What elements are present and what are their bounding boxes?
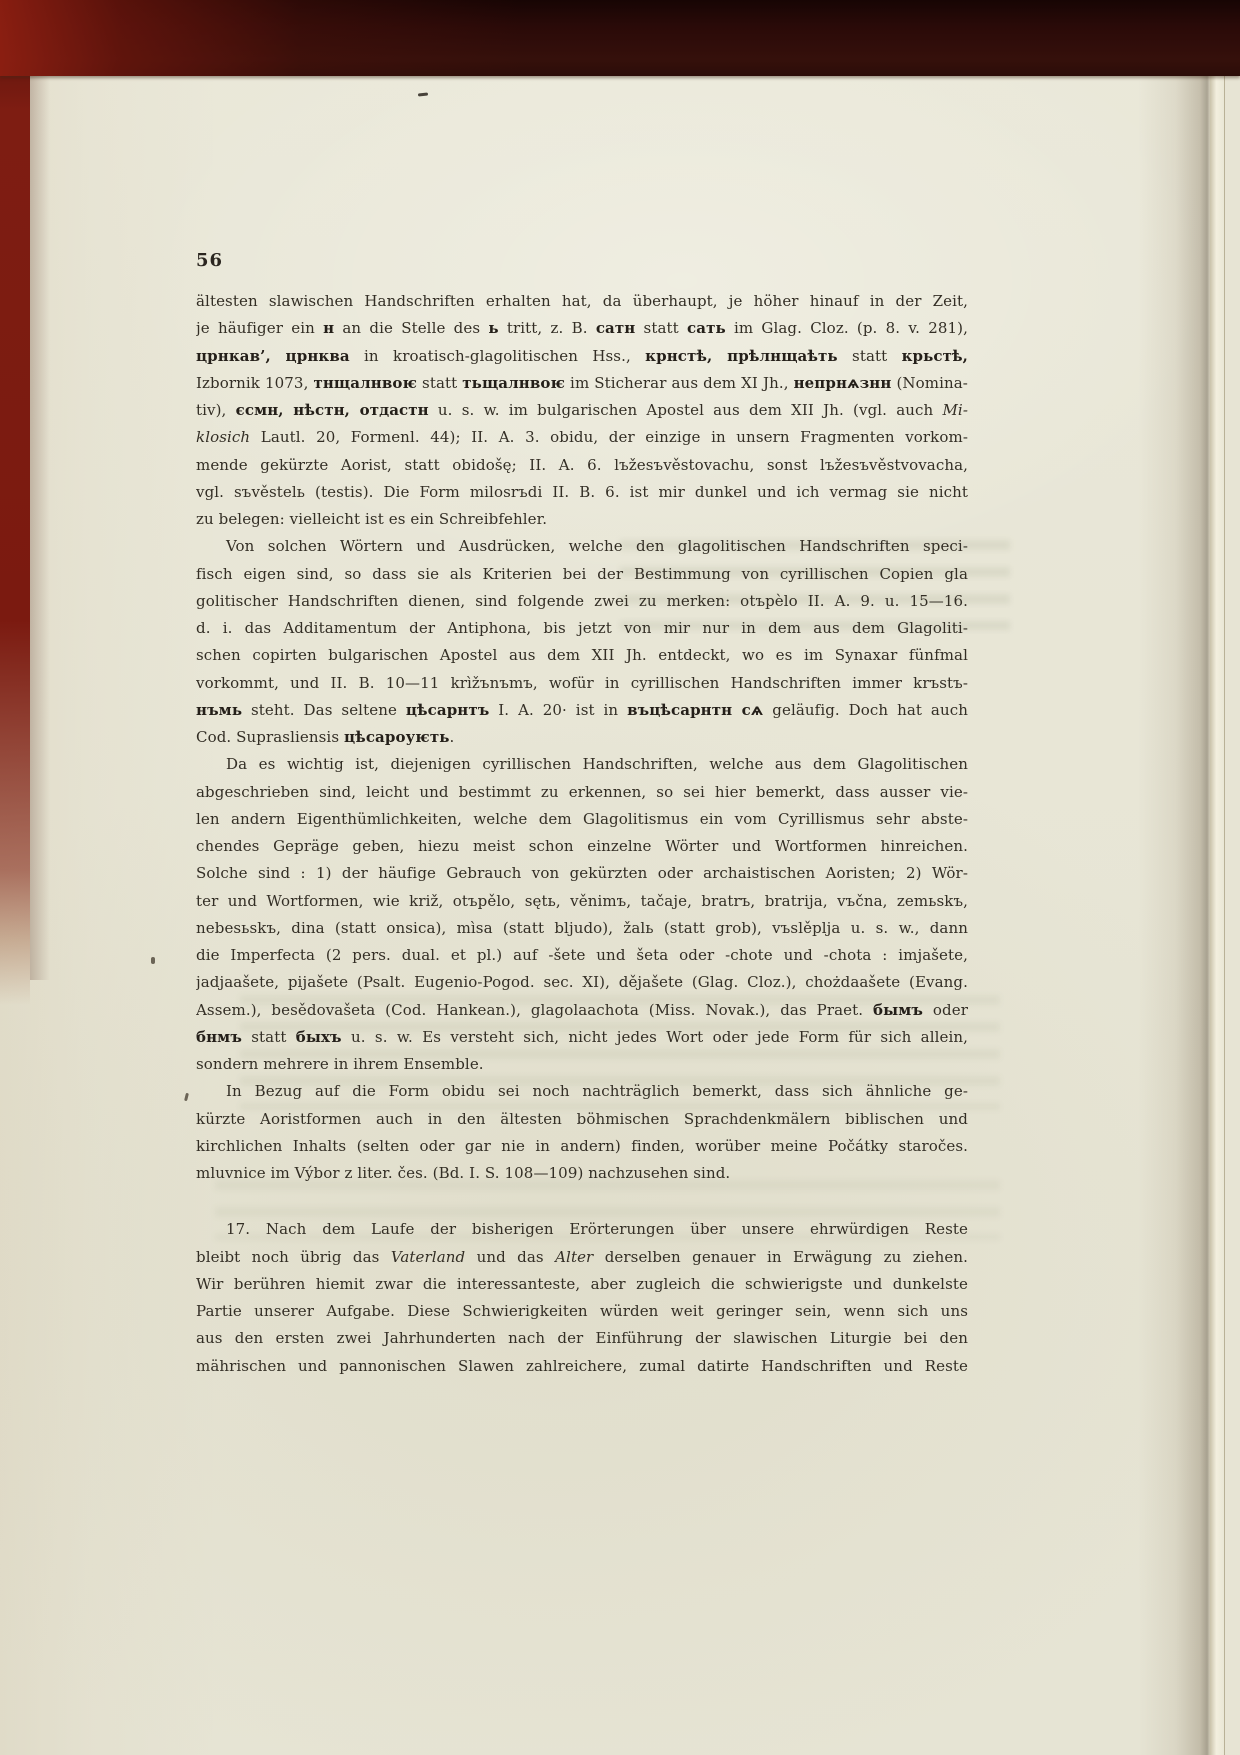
text-line: abgeschrieben sind, leicht und bestimmt … [196,779,968,806]
text-line: sondern mehrere in ihrem Ensemble. [196,1051,968,1078]
page-edge-gap [1210,70,1224,1755]
text-line: nebesьskъ, dina (statt onsica), mìsa (st… [196,915,968,942]
text-line: mende gekürzte Aorist, statt obidošę; II… [196,452,968,479]
text-line: chendes Gepräge geben, hiezu meist schon… [196,833,968,860]
text-line: schen copirten bulgarischen Apostel aus … [196,642,968,669]
text-line: kirchlichen Inhalts (selten oder gar nie… [196,1133,968,1160]
text-line: golitischer Handschriften dienen, sind f… [196,588,968,615]
scanned-book-page: 56 ältesten slawischen Handschriften erh… [0,0,1240,1755]
paragraph: In Bezug auf die Form obidu sei noch nac… [196,1078,968,1187]
binding-edge-left [0,0,30,1010]
text-line: Da es wichtig ist, diejenigen cyrillisch… [196,751,968,778]
text-line: fisch eigen sind, so dass sie als Kriter… [196,561,968,588]
ink-speck [418,92,428,96]
paragraph: 17. Nach dem Laufe der bisherigen Erörte… [196,1216,968,1380]
text-line: Cod. Suprasliensis цѣсароуѥть. [196,724,968,751]
page-fore-edge-shadow [1138,70,1210,1755]
ink-speck [184,1093,189,1101]
text-line: vgl. sъvěstelь (testis). Die Form milosr… [196,479,968,506]
text-line: vorkommt, und II. B. 10—11 krìžъnъmъ, wo… [196,670,968,697]
text-line: Izbornik 1073, тнщалнвоѥ statt тьщалнвоѥ… [196,370,968,397]
text-line: tiv), єсмн, нѣстн, отдастн u. s. w. im b… [196,397,968,424]
text-line: ter und Wortformen, wie križ, otъpělo, s… [196,888,968,915]
text-line: mährischen und pannonischen Slawen zahlr… [196,1353,968,1380]
text-line: zu belegen: vielleicht ist es ein Schrei… [196,506,968,533]
text-line: mluvnice im Výbor z liter. čes. (Bd. I. … [196,1160,968,1187]
text-line: бнмъ statt быхъ u. s. w. Es versteht sic… [196,1024,968,1051]
paragraph: Da es wichtig ist, diejenigen cyrillisch… [196,751,968,1078]
text-line: In Bezug auf die Form obidu sei noch nac… [196,1078,968,1105]
ink-speck [151,957,155,964]
paragraph: ältesten slawischen Handschriften erhalt… [196,288,968,533]
text-line: je häufiger ein н an die Stelle des ь tr… [196,315,968,342]
text-line: нъмь steht. Das seltene цѣсарнтъ I. A. 2… [196,697,968,724]
text-line: Assem.), besědovašeta (Cod. Hankean.), g… [196,997,968,1024]
adjacent-page-edge [1224,70,1240,1755]
paragraph: Von solchen Wörtern und Ausdrücken, welc… [196,533,968,751]
text-line: Von solchen Wörtern und Ausdrücken, welc… [196,533,968,560]
text-line: Partie unserer Aufgabe. Diese Schwierigk… [196,1298,968,1325]
text-line: len andern Eigenthümlichkeiten, welche d… [196,806,968,833]
text-line: 17. Nach dem Laufe der bisherigen Erörte… [196,1216,968,1243]
text-line: jadjaašete, pijašete (Psalt. Eugenio-Pog… [196,969,968,996]
text-line: die Imperfecta (2 pers. dual. et pl.) au… [196,942,968,969]
text-line: Wir berühren hiemit zwar die interessant… [196,1271,968,1298]
text-line: Solche sind : 1) der häufige Gebrauch vo… [196,860,968,887]
text-line: aus den ersten zwei Jahrhunderten nach d… [196,1325,968,1352]
text-line: d. i. das Additamentum der Antiphona, bi… [196,615,968,642]
text-line: bleibt noch übrig das Vaterland und das … [196,1244,968,1271]
text-line: црнкав’, црнква in kroatisch-glagolitisc… [196,343,968,370]
text-line: klosich Lautl. 20, Formenl. 44); II. A. … [196,424,968,451]
text-block: ältesten slawischen Handschriften erhalt… [196,288,968,1380]
text-line: ältesten slawischen Handschriften erhalt… [196,288,968,315]
text-line: kürzte Aoristformen auch in den ältesten… [196,1106,968,1133]
page-number: 56 [196,250,223,271]
binding-edge-top [0,0,1240,76]
